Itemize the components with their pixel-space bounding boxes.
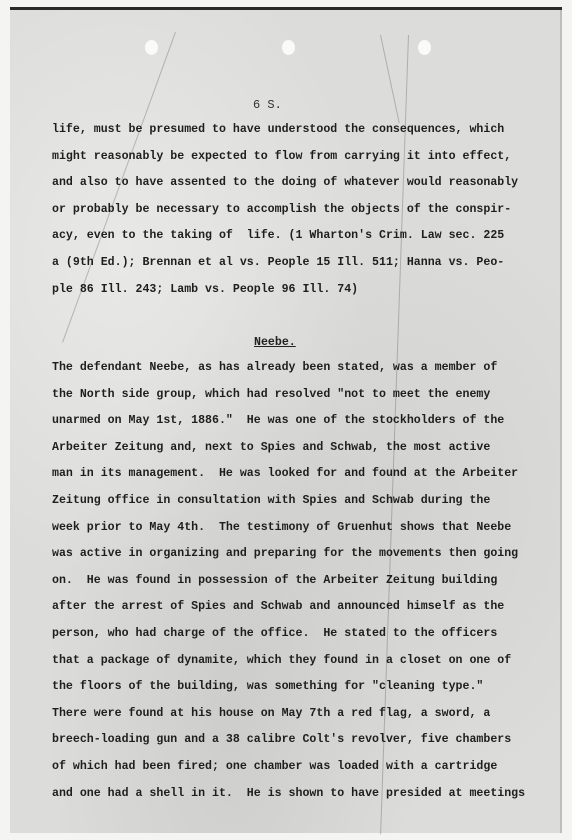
text-line: Zeitung office in consultation with Spie… <box>52 488 525 515</box>
paper-crease <box>380 35 400 123</box>
text-line: and one had a shell in it. He is shown t… <box>52 781 525 808</box>
text-line: after the arrest of Spies and Schwab and… <box>52 594 525 621</box>
text-line: Arbeiter Zeitung and, next to Spies and … <box>52 435 525 462</box>
text-line: week prior to May 4th. The testimony of … <box>52 515 525 542</box>
punch-hole <box>418 40 431 55</box>
paragraph-conspiracy: life, must be presumed to have understoo… <box>52 117 518 303</box>
text-line: of which had been fired; one chamber was… <box>52 754 525 781</box>
text-line: the floors of the building, was somethin… <box>52 674 525 701</box>
text-line: acy, even to the taking of life. (1 Whar… <box>52 223 518 250</box>
text-line: a (9th Ed.); Brennan et al vs. People 15… <box>52 250 518 277</box>
text-line: There were found at his house on May 7th… <box>52 701 525 728</box>
text-line: man in its management. He was looked for… <box>52 461 525 488</box>
text-line: was active in organizing and preparing f… <box>52 541 525 568</box>
punch-hole <box>145 40 158 55</box>
text-line: life, must be presumed to have understoo… <box>52 117 518 144</box>
text-line: The defendant Neebe, as has already been… <box>52 355 525 382</box>
text-line: that a package of dynamite, which they f… <box>52 648 525 675</box>
page-number: 6 S. <box>253 98 282 112</box>
text-line: or probably be necessary to accomplish t… <box>52 197 518 224</box>
text-line: the North side group, which had resolved… <box>52 382 525 409</box>
text-line: unarmed on May 1st, 1886." He was one of… <box>52 408 525 435</box>
text-line: person, who had charge of the office. He… <box>52 621 525 648</box>
text-line: ple 86 Ill. 243; Lamb vs. People 96 Ill.… <box>52 277 518 304</box>
text-line: might reasonably be expected to flow fro… <box>52 144 518 171</box>
text-line: and also to have assented to the doing o… <box>52 170 518 197</box>
punch-hole <box>282 40 295 55</box>
text-line: on. He was found in possession of the Ar… <box>52 568 525 595</box>
paragraph-neebe: The defendant Neebe, as has already been… <box>52 355 525 807</box>
section-heading: Neebe. <box>254 336 296 349</box>
text-line: breech-loading gun and a 38 calibre Colt… <box>52 727 525 754</box>
